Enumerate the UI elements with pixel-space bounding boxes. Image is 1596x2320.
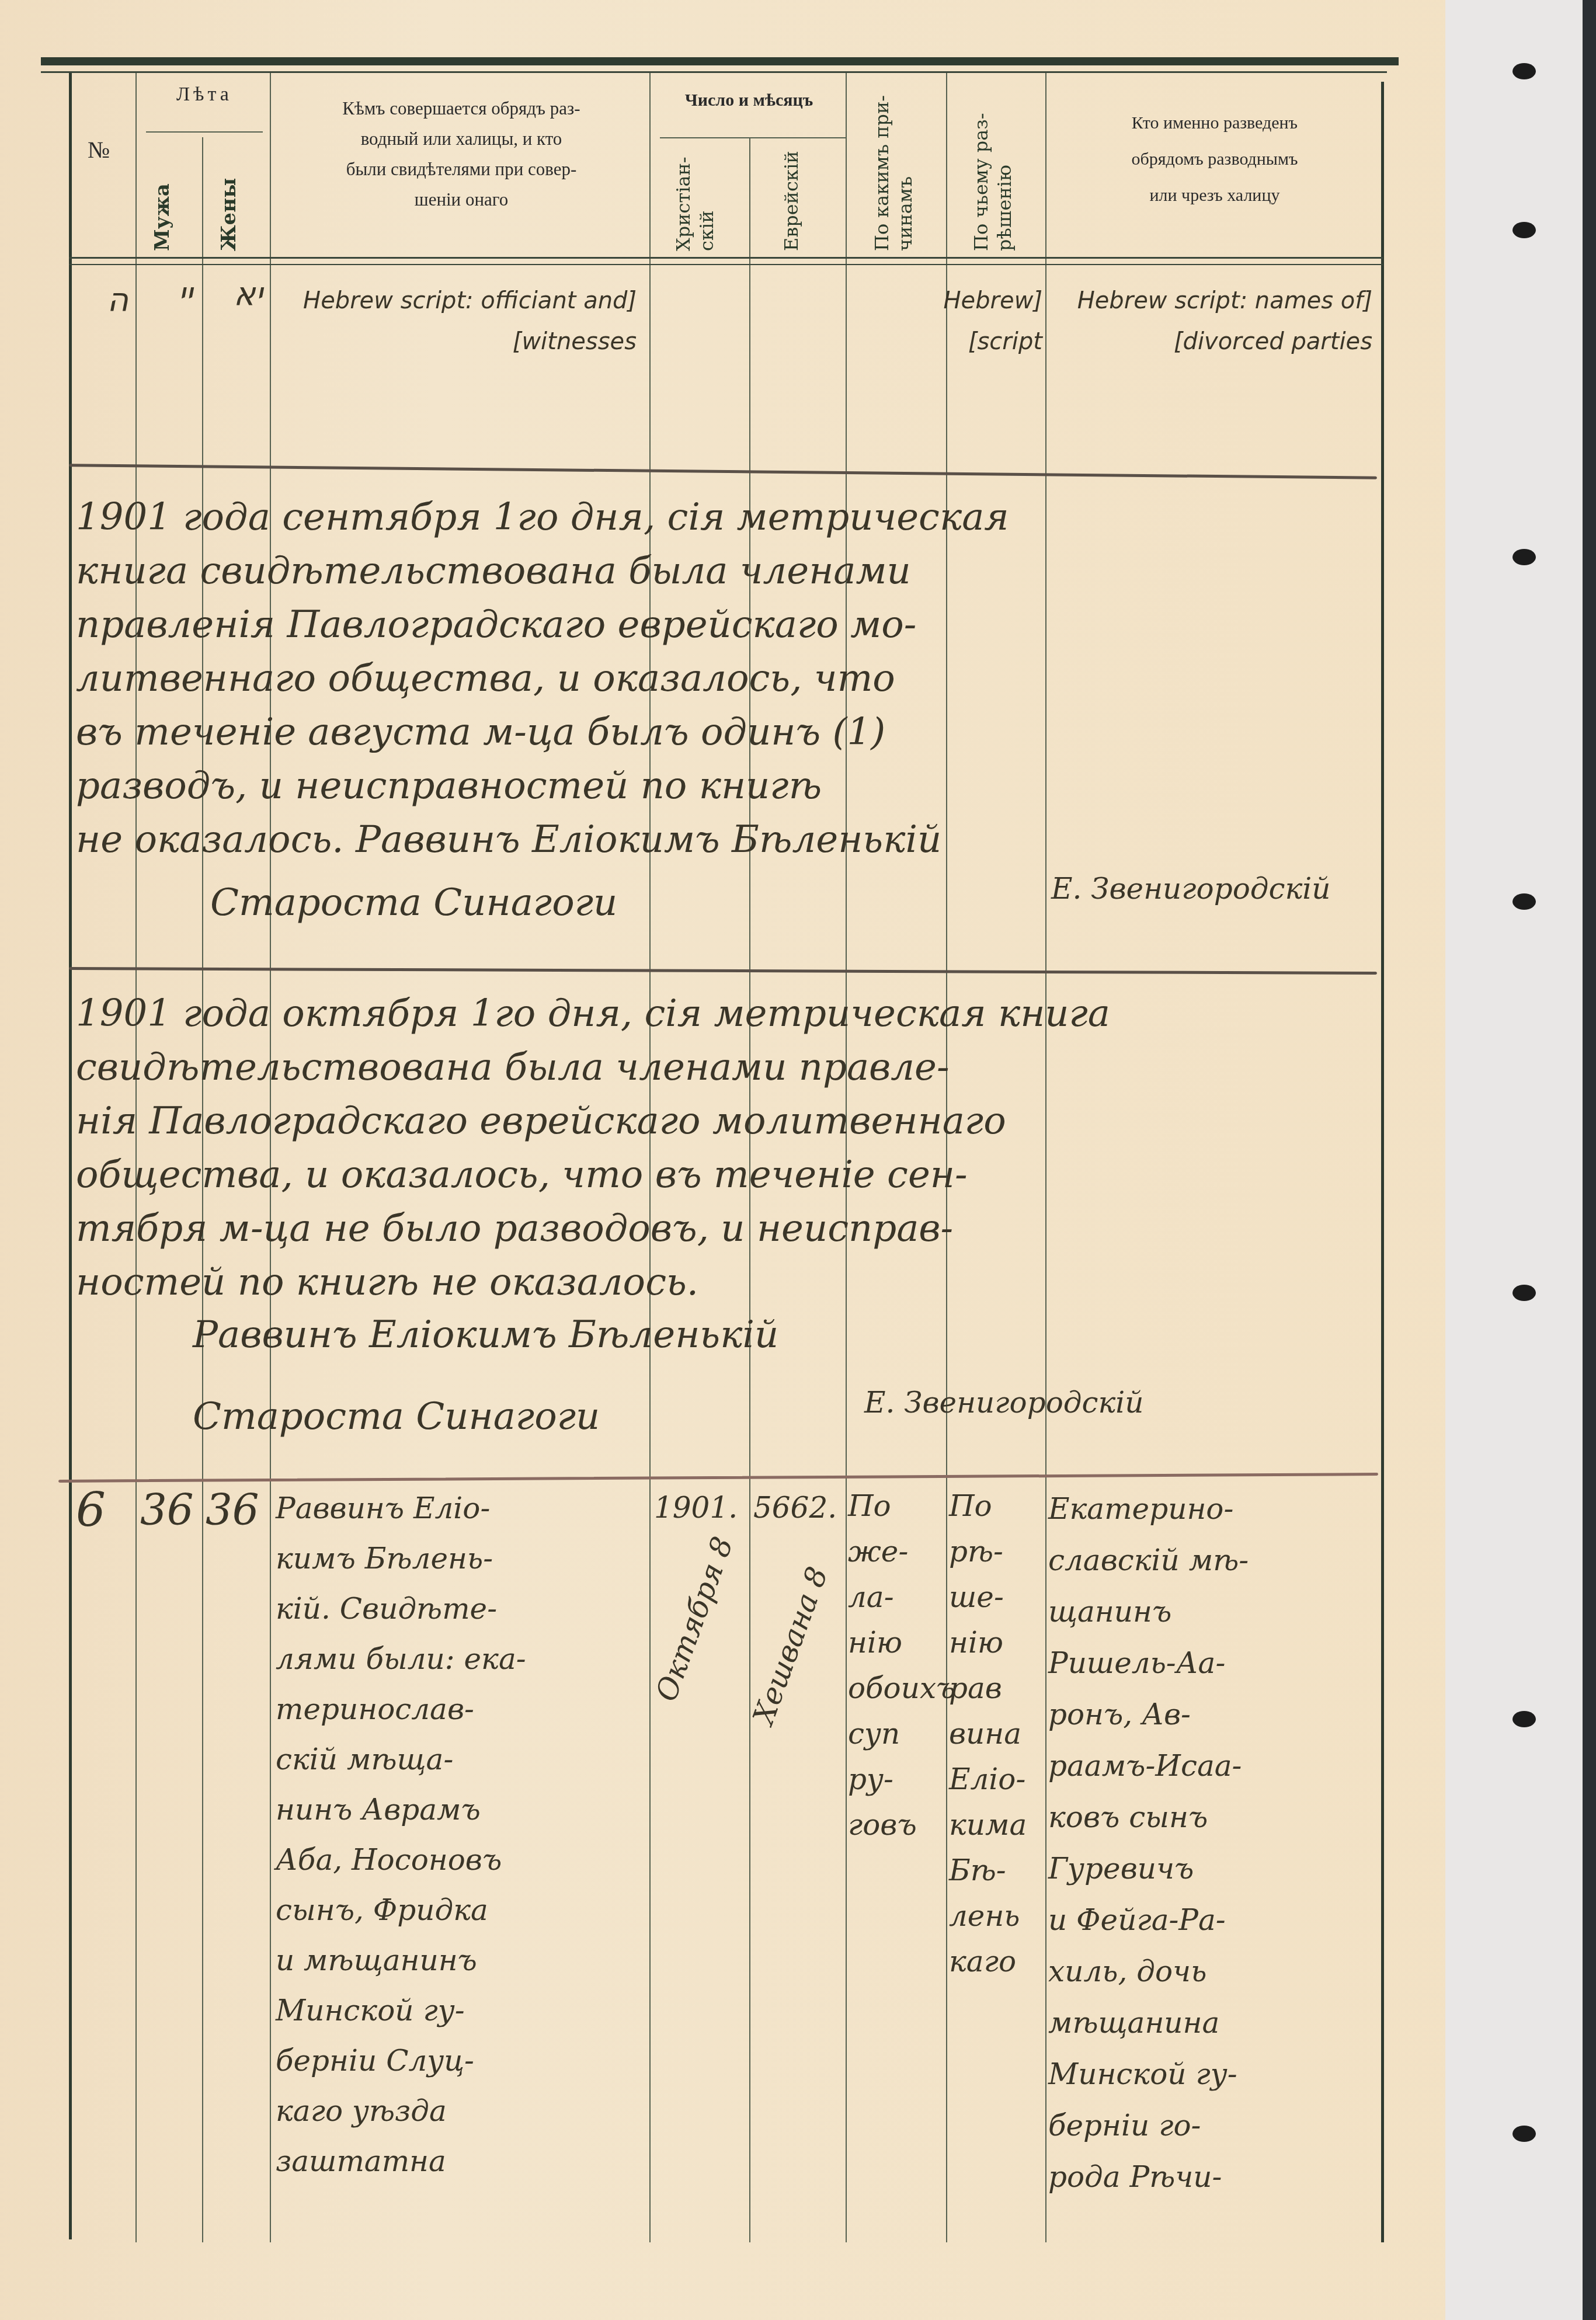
- entry-hebrew-officiant: [Hebrew script: officiant and witnesses]: [274, 280, 637, 362]
- entry-6-who-divorced: Екатерино- славскій мѣ- щанинъ Ришель-Аа…: [1048, 1483, 1410, 2203]
- entry-6-jewish-date: Хешвана 8: [751, 1543, 837, 1727]
- binding-hole: [1512, 1711, 1536, 1727]
- binding-margin: [1445, 0, 1583, 2320]
- header-bottom-rule: [69, 257, 1383, 259]
- entry-hebrew-number: ה: [82, 280, 128, 321]
- certification-october-signature: Е. Звенигородскій: [864, 1378, 1144, 1427]
- header-officiant: Кѣмъ совершается обрядъ раз- водный или …: [280, 93, 642, 215]
- entry-6-christian-year: 1901.: [654, 1483, 738, 1532]
- certification-september-text: 1901 года сентября 1го дня, сія метричес…: [76, 491, 1384, 867]
- header-reasons: По какимъ при- чинамъ: [870, 82, 917, 251]
- entry-hebrew-permission: [Hebrew script]: [946, 280, 1042, 362]
- header-number: №: [88, 137, 110, 163]
- header-date: Число и мѣсяцъ: [654, 88, 844, 113]
- header-ages: Лѣта: [146, 82, 263, 107]
- date-subrule: [660, 137, 847, 138]
- header-who-divorced: Кто именно разведенъ обрядомъ разводнымъ…: [1051, 105, 1378, 214]
- entry-separator: [58, 1473, 1378, 1483]
- certification-september-signature: Е. Звенигородскій: [1051, 864, 1331, 913]
- ages-subrule: [146, 131, 263, 133]
- certification-october-rabbi: Раввинъ Еліокимъ Бѣленькій: [193, 1308, 778, 1362]
- top-thin-rule: [41, 71, 1387, 73]
- register-page: № Лѣта Мужа Жены Кѣмъ совершается обрядъ…: [0, 0, 1445, 2320]
- entry-separator: [69, 967, 1377, 975]
- entry-hebrew-who-divorced: [Hebrew script: names of divorced partie…: [1051, 280, 1372, 362]
- header-age-husband: Мужа: [151, 169, 174, 251]
- header-permission: По чьему раз- рѣшенію: [969, 82, 1016, 251]
- top-thick-rule: [41, 57, 1399, 65]
- entry-separator: [69, 464, 1377, 479]
- entry-hebrew-age-husband: יי: [152, 274, 193, 315]
- entry-6-jewish-year: 5662.: [753, 1483, 837, 1532]
- header-age-wife: Жены: [217, 169, 241, 251]
- certification-october-text: 1901 года октября 1го дня, сія метрическ…: [76, 987, 1384, 1309]
- header-date-christian: Христіан- скій: [672, 146, 718, 251]
- entry-6-age-husband: 36: [140, 1483, 194, 1537]
- header-date-jewish: Еврейскій: [780, 146, 803, 251]
- entry-6-christian-date: Октября 8: [654, 1531, 736, 1704]
- binding-hole: [1512, 2126, 1536, 2142]
- entry-6-number: 6: [76, 1483, 106, 1537]
- certification-september-elder: Староста Синагоги: [210, 876, 617, 930]
- header-bottom-rule-2: [69, 264, 1383, 265]
- entry-hebrew-age-wife: יא: [216, 274, 263, 315]
- certification-october-elder: Староста Синагоги: [193, 1390, 600, 1444]
- left-border: [69, 73, 72, 2239]
- entry-6-permission: По рѣ- ше- нію рав вина Еліо- кима Бѣ- л…: [949, 1483, 1045, 1984]
- binding-hole: [1512, 1285, 1536, 1301]
- entry-6-officiant: Раввинъ Еліо- кимъ Бѣлень- кій. Свидѣте-…: [276, 1483, 649, 2186]
- binding-hole: [1512, 893, 1536, 910]
- entry-6-age-wife: 36: [206, 1483, 259, 1537]
- binding-hole: [1512, 63, 1536, 79]
- entry-6-reasons: По же- ла- нію обоихъ суп ру- говъ: [848, 1483, 944, 1848]
- binding-hole: [1512, 549, 1536, 565]
- binding-hole: [1512, 222, 1536, 238]
